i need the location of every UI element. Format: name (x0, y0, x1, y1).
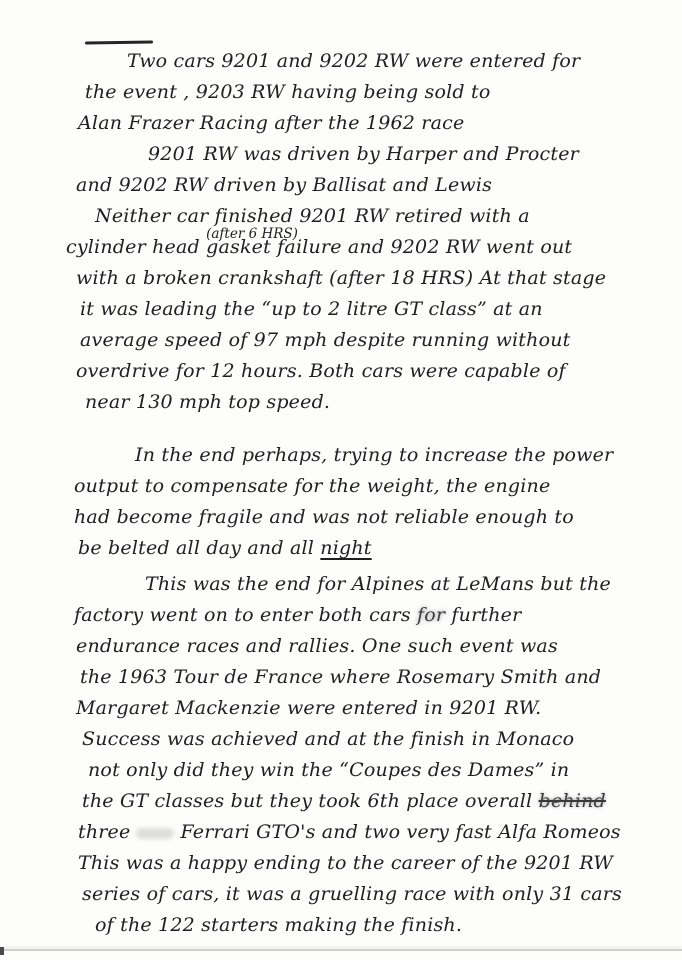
handwritten-segment: with a broken crankshaft (after 18 HRS) … (76, 267, 606, 289)
handwritten-segment: factory went on to enter both cars (74, 604, 417, 626)
handwritten-segment: endurance races and rallies. One such ev… (76, 635, 558, 657)
handwritten-segment-underlined: night (320, 537, 371, 559)
handwritten-segment: of the 122 starters making the finish. (95, 914, 462, 936)
handwritten-line: of the 122 starters making the finish. (95, 910, 682, 941)
handwritten-text-block: Two cars 9201 and 9202 RW were entered f… (0, 46, 682, 941)
handwritten-line: Margaret Mackenzie were entered in 9201 … (76, 693, 682, 724)
handwritten-line: threeFerrari GTO's and two very fast Alf… (78, 817, 682, 848)
scan-bottom-edge-artifact (0, 949, 682, 951)
handwritten-segment: near 130 mph top speed. (85, 391, 330, 413)
handwritten-segment: series of cars, it was a gruelling race … (82, 883, 622, 905)
handwritten-line: be belted all day and all night (78, 533, 682, 564)
handwritten-line: the event , 9203 RW having being sold to (85, 77, 682, 108)
handwritten-segment-struck: behind (539, 790, 606, 812)
handwritten-segment: This was the end for Alpines at LeMans b… (145, 573, 611, 595)
handwritten-segment: not only did they win the “Coupes des Da… (88, 759, 569, 781)
handwritten-line: Success was achieved and at the finish i… (82, 724, 682, 755)
handwritten-line: average speed of 97 mph despite running … (80, 325, 682, 356)
handwritten-segment: average speed of 97 mph despite running … (80, 329, 571, 351)
handwritten-line: Alan Frazer Racing after the 1962 race (78, 108, 682, 139)
handwritten-line: This was a happy ending to the career of… (78, 848, 682, 879)
handwritten-segment: Neither car finished 9201 RW retired wit… (95, 205, 530, 227)
handwritten-segment-smudged: for (417, 604, 445, 626)
handwritten-line: output to compensate for the weight, the… (74, 471, 682, 502)
handwritten-line: had become fragile and was not reliable … (74, 502, 682, 533)
handwritten-segment: it was leading the “up to 2 litre GT cla… (80, 298, 543, 320)
handwritten-line: it was leading the “up to 2 litre GT cla… (80, 294, 682, 325)
handwritten-segment: Margaret Mackenzie were entered in 9201 … (76, 697, 541, 719)
handwritten-line: factory went on to enter both cars for f… (74, 600, 682, 631)
handwritten-segment: Ferrari GTO's and two very fast Alfa Rom… (180, 821, 620, 843)
handwritten-segment: This was a happy ending to the career of… (78, 852, 613, 874)
handwritten-line: In the end perhaps, trying to increase t… (135, 440, 682, 471)
handwritten-segment: be belted all day and all (78, 537, 320, 559)
handwritten-segment: output to compensate for the weight, the… (74, 475, 550, 497)
handwritten-segment: Alan Frazer Racing after the 1962 race (78, 112, 464, 134)
top-left-pen-stroke (85, 41, 153, 45)
handwritten-segment: and 9202 RW driven by Ballisat and Lewis (76, 174, 492, 196)
handwritten-segment: the 1963 Tour de France where Rosemary S… (80, 666, 601, 688)
handwritten-segment: further (445, 604, 521, 626)
handwritten-segment: cylinder head (66, 236, 206, 258)
handwritten-line: near 130 mph top speed. (85, 387, 682, 418)
handwritten-line: cylinder head (after 6 HRS)gasket failur… (66, 232, 682, 263)
handwritten-line: overdrive for 12 hours. Both cars were c… (76, 356, 682, 387)
handwritten-line: Neither car finished 9201 RW retired wit… (95, 201, 682, 232)
handwritten-line: the 1963 Tour de France where Rosemary S… (80, 662, 682, 693)
handwritten-segment: Two cars 9201 and 9202 RW were entered f… (127, 50, 580, 72)
erased-word-smudge (136, 828, 174, 839)
handwritten-line: the GT classes but they took 6th place o… (82, 786, 682, 817)
handwritten-segment: 9201 RW was driven by Harper and Procter (148, 143, 579, 165)
handwritten-line: not only did they win the “Coupes des Da… (88, 755, 682, 786)
handwritten-segment: three (78, 821, 130, 843)
handwritten-line: This was the end for Alpines at LeMans b… (145, 569, 682, 600)
handwritten-segment: Success was achieved and at the finish i… (82, 728, 574, 750)
scan-corner-mark (0, 947, 4, 955)
handwritten-segment: overdrive for 12 hours. Both cars were c… (76, 360, 566, 382)
handwritten-segment: the event , 9203 RW having being sold to (85, 81, 491, 103)
handwritten-segment: the GT classes but they took 6th place o… (82, 790, 539, 812)
scanned-manuscript-page: Two cars 9201 and 9202 RW were entered f… (0, 0, 682, 960)
handwritten-line: endurance races and rallies. One such ev… (76, 631, 682, 662)
handwritten-segment: In the end perhaps, trying to increase t… (135, 444, 613, 466)
handwritten-line: and 9202 RW driven by Ballisat and Lewis (76, 170, 682, 201)
handwritten-line: with a broken crankshaft (after 18 HRS) … (76, 263, 682, 294)
handwritten-segment: had become fragile and was not reliable … (74, 506, 574, 528)
handwritten-line: 9201 RW was driven by Harper and Procter (148, 139, 682, 170)
handwritten-line: Two cars 9201 and 9202 RW were entered f… (127, 46, 682, 77)
handwritten-line: series of cars, it was a gruelling race … (82, 879, 682, 910)
